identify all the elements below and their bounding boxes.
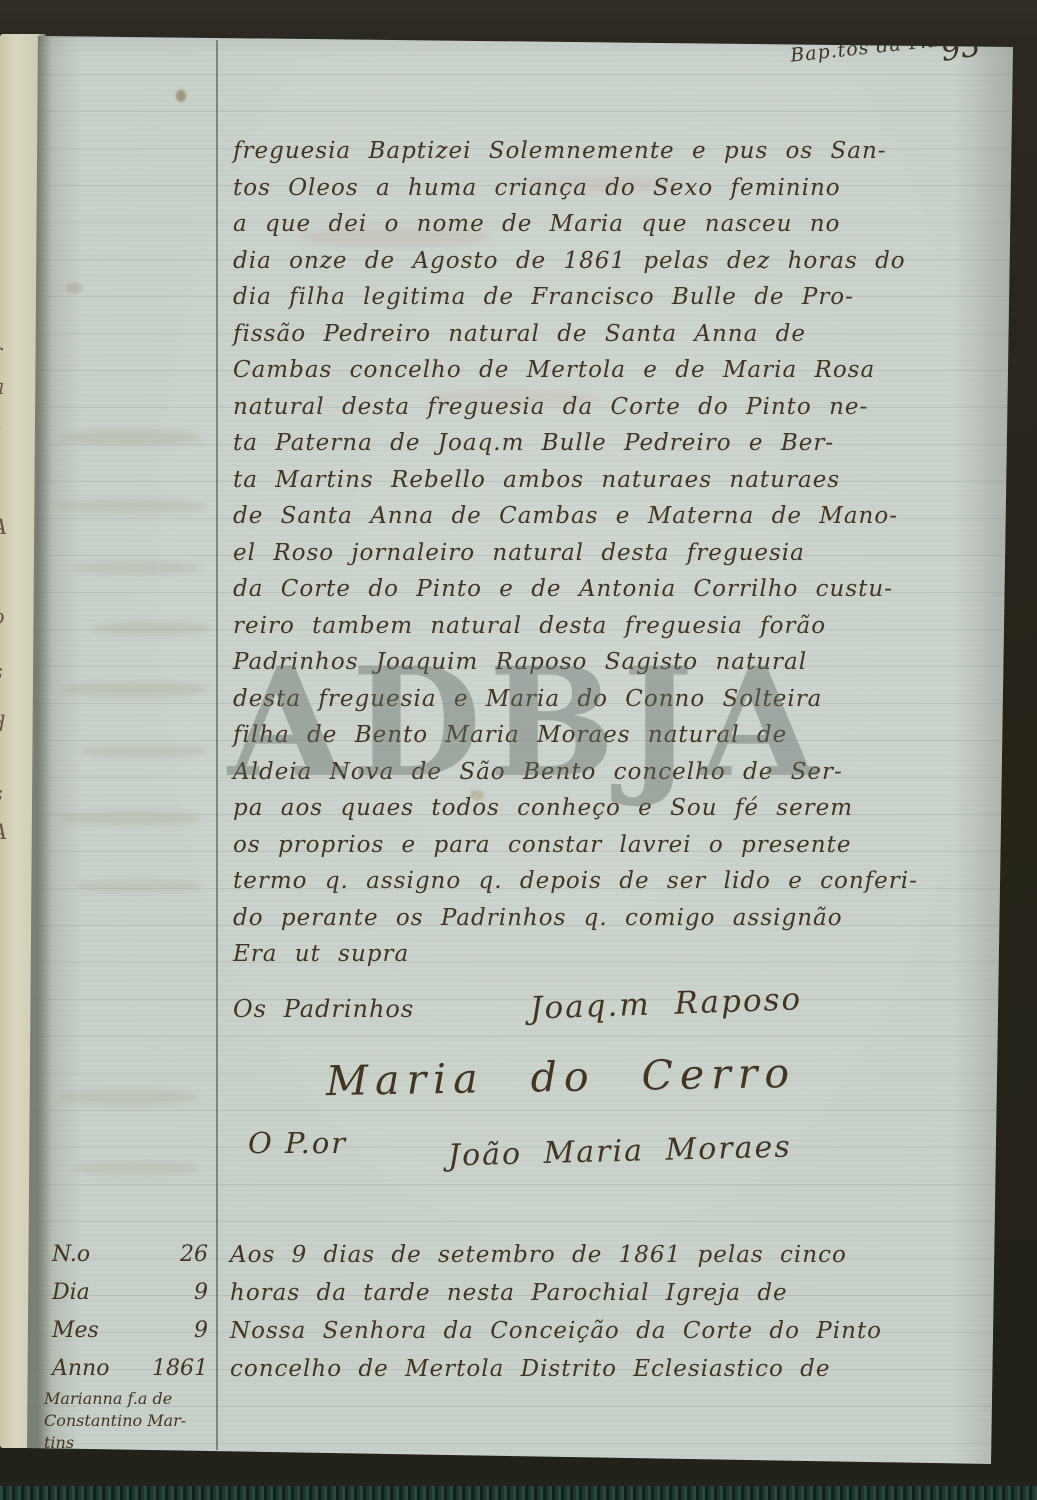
record-line: Nossa Senhora da Conceição da Corte do P… bbox=[230, 1312, 990, 1350]
record-line: pa aos quaes todos conheço e Sou fé sere… bbox=[233, 790, 993, 827]
record-line: Aldeia Nova de São Bento concelho de Ser… bbox=[233, 754, 993, 791]
record-line: termo q. assigno q. depois de ser lido e… bbox=[233, 863, 993, 900]
signature-priest-prefix: O P.or bbox=[248, 1126, 347, 1160]
margin-label: N.o bbox=[52, 1236, 90, 1274]
margin-row-day: Dia 9 bbox=[52, 1274, 208, 1312]
margin-rule-line bbox=[216, 40, 218, 1450]
margin-mother-note: Marianna f.a deConstantino Mar-tins bbox=[44, 1388, 234, 1454]
bleedthrough-smudge bbox=[74, 880, 202, 892]
margin-label: Mes bbox=[52, 1312, 99, 1350]
manuscript-page: Bap.tos da F.a 93 freguesia Baptizei Sol… bbox=[0, 0, 1037, 1500]
bleedthrough-smudge bbox=[80, 745, 208, 757]
ink-stain bbox=[176, 90, 186, 102]
record-line: a que dei o nome de Maria que nasceu no bbox=[233, 206, 993, 243]
margin-value: 1861 bbox=[152, 1350, 208, 1388]
bleedthrough-smudge bbox=[60, 682, 208, 697]
cutoff-letter: r bbox=[0, 340, 26, 364]
margin-value: 9 bbox=[194, 1312, 208, 1350]
margin-label: Dia bbox=[52, 1274, 90, 1312]
record-line: dia onze de Agosto de 1861 pelas dez hor… bbox=[233, 243, 993, 280]
record-line: desta freguesia e Maria do Conno Solteir… bbox=[233, 681, 993, 718]
record-line: Padrinhos Joaquim Raposo Sagisto natural bbox=[233, 644, 993, 681]
record-line: el Roso jornaleiro natural desta fregues… bbox=[233, 535, 993, 572]
paper-stain bbox=[66, 282, 82, 294]
next-record-margin-notes: N.o 26 Dia 9 Mes 9 Anno 1861 Marianna f.… bbox=[52, 1236, 208, 1388]
scanned-document: ratAosdsA Bap.tos da F.a 93 freguesia Ba… bbox=[0, 0, 1037, 1500]
record-line: natural desta freguesia da Corte do Pint… bbox=[233, 389, 993, 426]
bleedthrough-smudge bbox=[70, 1162, 198, 1175]
next-record-text: Aos 9 dias de setembro de 1861 pelas cin… bbox=[230, 1236, 990, 1388]
margin-row-month: Mes 9 bbox=[52, 1312, 208, 1350]
margin-row-number: N.o 26 bbox=[52, 1236, 208, 1274]
bleedthrough-smudge bbox=[60, 430, 200, 445]
record-line: os proprios e para constar lavrei o pres… bbox=[233, 827, 993, 864]
record-line: horas da tarde nesta Parochial Igreja de bbox=[230, 1274, 990, 1312]
record-line: ta Paterna de Joaq.m Bulle Pedreiro e Be… bbox=[233, 425, 993, 462]
record-line: reiro tambem natural desta freguesia for… bbox=[233, 608, 993, 645]
record-line: da Corte do Pinto e de Antonia Corrilho … bbox=[233, 571, 993, 608]
cutoff-letter: a bbox=[0, 375, 26, 399]
signature-priest-name: João Maria Moraes bbox=[448, 1130, 792, 1174]
cutoff-letter: t bbox=[0, 420, 26, 444]
bleedthrough-smudge bbox=[58, 1090, 198, 1105]
record-line: de Santa Anna de Cambas e Materna de Man… bbox=[233, 498, 993, 535]
record-line: Aos 9 dias de setembro de 1861 pelas cin… bbox=[230, 1236, 990, 1274]
bleedthrough-smudge bbox=[60, 812, 200, 825]
record-line: tos Oleos a huma criança do Sexo feminin… bbox=[233, 170, 993, 207]
margin-note-line: Marianna f.a de bbox=[44, 1388, 234, 1410]
record-line: freguesia Baptizei Solemnemente e pus os… bbox=[233, 133, 993, 170]
cutoff-letter: A bbox=[0, 820, 26, 844]
baptism-record-text: freguesia Baptizei Solemnemente e pus os… bbox=[233, 133, 993, 973]
margin-value: 9 bbox=[194, 1274, 208, 1312]
margin-note-line: Constantino Mar- bbox=[44, 1410, 234, 1432]
cutoff-letter: s bbox=[0, 660, 26, 684]
binding-fabric-strip bbox=[0, 1486, 1037, 1500]
bleedthrough-smudge bbox=[72, 562, 200, 574]
record-line: Cambas concelho de Mertola e de Maria Ro… bbox=[233, 352, 993, 389]
signature-godfather: Joaq.m Raposo bbox=[529, 981, 802, 1026]
bleedthrough-smudge bbox=[92, 622, 210, 635]
record-line: fissão Pedreiro natural de Santa Anna de bbox=[233, 316, 993, 353]
margin-row-year: Anno 1861 bbox=[52, 1350, 208, 1388]
signature-godmother: Maria do Cerro bbox=[326, 1049, 797, 1105]
cutoff-letter: o bbox=[0, 605, 26, 629]
bleedthrough-smudge bbox=[55, 500, 205, 513]
cutoff-letter: A bbox=[0, 515, 26, 539]
record-line: dia filha legitima de Francisco Bulle de… bbox=[233, 279, 993, 316]
record-line: Era ut supra bbox=[233, 936, 993, 973]
record-line: filha de Bento Maria Moraes natural de bbox=[233, 717, 993, 754]
record-line: do perante os Padrinhos q. comigo assign… bbox=[233, 900, 993, 937]
record-line: ta Martins Rebello ambos naturaes natura… bbox=[233, 462, 993, 499]
cutoff-letter: d bbox=[0, 712, 26, 736]
margin-value: 26 bbox=[180, 1236, 208, 1274]
signatures-intro: Os Padrinhos bbox=[233, 995, 414, 1023]
cutoff-letter: s bbox=[0, 782, 26, 806]
margin-label: Anno bbox=[52, 1350, 109, 1388]
record-line: concelho de Mertola Distrito Eclesiastic… bbox=[230, 1350, 990, 1388]
